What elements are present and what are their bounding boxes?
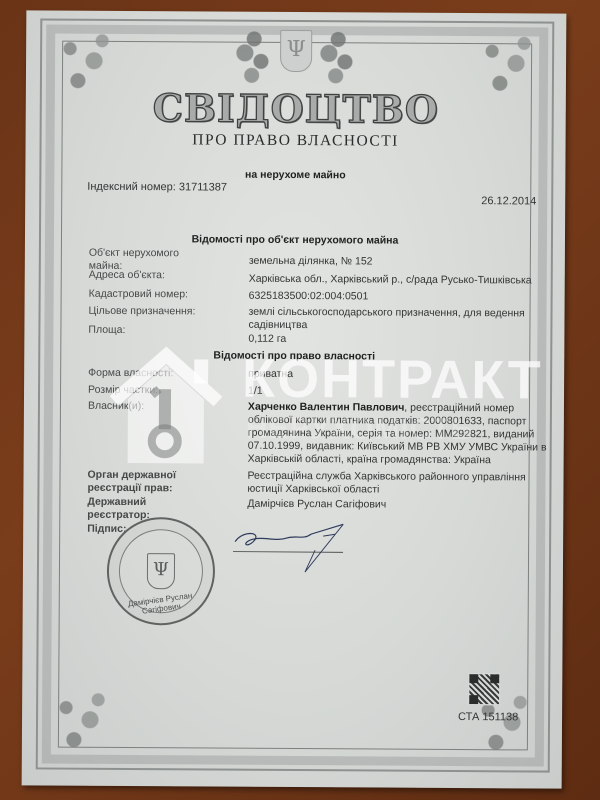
official-stamp: Ψ Дамірчієв Руслан Сагіфович (107, 517, 216, 626)
trident-icon: Ψ (147, 553, 175, 589)
cadastral-value: 6325183500:02:004:0501 (249, 290, 369, 303)
serial-number: СТА 151138 (458, 711, 518, 723)
share-label: Розмір частки: (88, 384, 158, 396)
authority-label: Орган державної реєстрації прав: (87, 469, 197, 496)
ownership-form-label: Форма власності: (88, 367, 173, 380)
document-title: СВІДОЦТВО (26, 84, 566, 132)
owner-label: Власник(и): (88, 400, 144, 412)
purpose-label: Цільове призначення: (89, 305, 196, 318)
purpose-value: землі сільськогосподарського призначення… (248, 306, 538, 334)
owner-name: Харченко Валентин Павлович (248, 401, 404, 414)
issue-date: 26.12.2014 (481, 195, 536, 207)
registrar-value: Дамірчієв Руслан Сагіфович (247, 498, 386, 511)
owner-value: Харченко Валентин Павлович, реєстраційни… (248, 401, 548, 468)
area-label: Площа: (88, 324, 125, 336)
object-value: земельна ділянка, № 152 (249, 255, 373, 268)
qr-code-icon (468, 673, 500, 705)
address-value: Харківська обл., Харківський р., с/рада … (249, 273, 532, 287)
authority-value: Реєстраційна служба Харківського районно… (247, 470, 547, 498)
area-value: 0,112 га (248, 333, 286, 345)
address-label: Адреса об'єкта: (89, 269, 165, 281)
coat-of-arms: Ψ (231, 24, 361, 91)
signature-icon (223, 520, 363, 581)
share-value: 1/1 (248, 385, 263, 397)
index-number: Індексний номер: 31711387 (87, 181, 227, 194)
oak-wreath-left-icon (231, 28, 277, 84)
ownership-form-value: приватна (248, 368, 293, 380)
document-subtitle: ПРО ПРАВО ВЛАСНОСТІ (26, 130, 566, 151)
oak-wreath-right-icon (315, 28, 361, 84)
corner-ornament-icon (42, 683, 122, 763)
signature-label: Підпис: (87, 523, 126, 535)
certificate-page: Ψ СВІДОЦТВО ПРО ПРАВО ВЛАСНОСТІ на нерух… (22, 10, 567, 788)
cadastral-label: Кадастровий номер: (89, 288, 188, 301)
trident-shield-icon: Ψ (280, 30, 312, 72)
